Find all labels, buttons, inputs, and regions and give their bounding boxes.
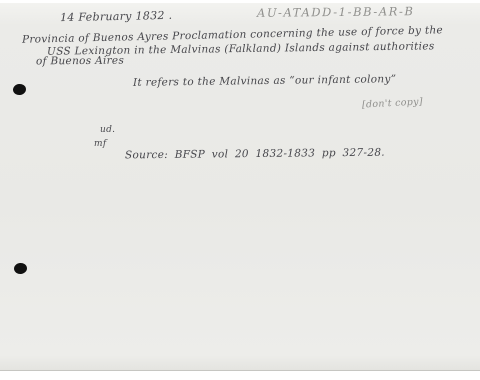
scanned-note-page: { "note": { "date_line": "14 February 18… xyxy=(0,0,480,380)
initials-mark: mf xyxy=(94,139,106,149)
date-line: 14 February 1832 . xyxy=(60,9,173,24)
initials-mark: ud. xyxy=(100,125,115,135)
note-body-line-3: of Buenos Aires xyxy=(36,55,124,68)
reference-code: AU-ATADD-1-BB-AR-B xyxy=(257,4,415,20)
